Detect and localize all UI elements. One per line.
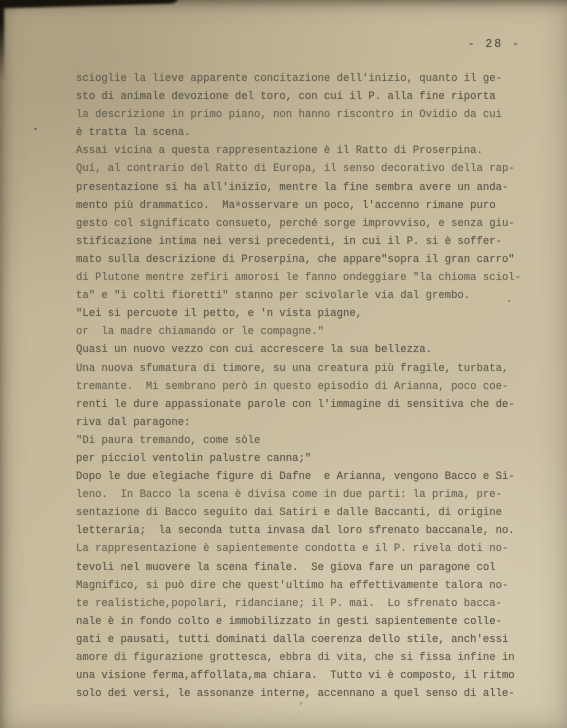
text-line: gati e pausati, tutti dominati dalla coe… <box>76 631 527 649</box>
text-line: solo dei versi, le assonanze interne, ac… <box>76 685 527 703</box>
text-line: nale è in fondo colto e immobilizzato in… <box>76 613 527 631</box>
text-line: stificazione intima nei versi precedenti… <box>76 233 527 251</box>
text-line: mato sulla descrizione di Proserpina, ch… <box>76 251 527 269</box>
text-line: di Plutone mentre zefiri amorosi le fann… <box>76 269 527 287</box>
text-line: tevoli nel muovere la scena finale. Se g… <box>76 559 527 577</box>
text-line: Una nuova sfumatura di timore, su una cr… <box>76 360 527 378</box>
paper-speck <box>120 690 123 692</box>
page-edge-shadow-top <box>0 0 180 9</box>
page-edge-shadow-left <box>0 0 4 81</box>
text-line: sto di animale devozione del toro, con c… <box>76 88 527 106</box>
text-line: gesto col significato consueto, perché s… <box>76 215 527 233</box>
text-line: "Lei si percuote il petto, e 'n vista pi… <box>76 305 527 323</box>
text-line: per picciol ventolin palustre canna;" <box>76 450 527 468</box>
page-number: - 28 - <box>468 38 521 51</box>
text-line: te realistiche,popolari, ridanciane; il … <box>76 595 527 613</box>
text-line: "Di paura tremando, come sòle <box>76 432 527 450</box>
text-line: mento più drammatico. Maᵃosservare un po… <box>76 197 527 215</box>
text-line: Assai vicina a questa rappresentazione è… <box>76 142 527 160</box>
text-line: una visione ferma,affollata,ma chiara. T… <box>76 667 527 685</box>
text-line: letteraria; la seconda tutta invasa dal … <box>76 522 527 540</box>
text-line: tremante. Mi sembrano però in questo epi… <box>76 378 527 396</box>
text-line: Magnifico, si può dire che quest'ultimo … <box>76 577 527 595</box>
scanned-typewritten-page: - 28 - scioglie la lieve apparente conci… <box>0 0 567 728</box>
text-line: or la madre chiamando or le compagne." <box>76 323 527 341</box>
paper-speck <box>34 128 37 130</box>
text-line: leno. In Bacco la scena è divisa come in… <box>76 486 527 504</box>
text-line: Dopo le due elegiache figure di Dafne e … <box>76 468 527 486</box>
text-line: sentazione di Bacco seguito dai Satiri e… <box>76 504 527 522</box>
text-line: la descrizione in primo piano, non hanno… <box>76 106 527 124</box>
paper-speck <box>508 300 510 302</box>
text-line: ta" e "i colti fioretti" stanno per sciv… <box>76 287 527 305</box>
text-line: è tratta la scena. <box>76 124 527 142</box>
text-line: scioglie la lieve apparente concitazione… <box>76 70 527 88</box>
text-line: Quasi un nuovo vezzo con cui accrescere … <box>76 341 527 359</box>
text-line: presentazione si ha all'inizio, mentre l… <box>76 179 527 197</box>
text-line: riva dal paragone: <box>76 414 527 432</box>
text-line: La rappresentazione è sapientemente cond… <box>76 540 527 558</box>
text-line: renti le dure appassionate parole con l'… <box>76 396 527 414</box>
document-body: scioglie la lieve apparente concitazione… <box>76 70 527 703</box>
text-line: amore di figurazione grottesca, ebbra di… <box>76 649 527 667</box>
text-line: Qui, al contrario del Ratto di Europa, i… <box>76 160 527 178</box>
paper-speck <box>300 702 302 705</box>
